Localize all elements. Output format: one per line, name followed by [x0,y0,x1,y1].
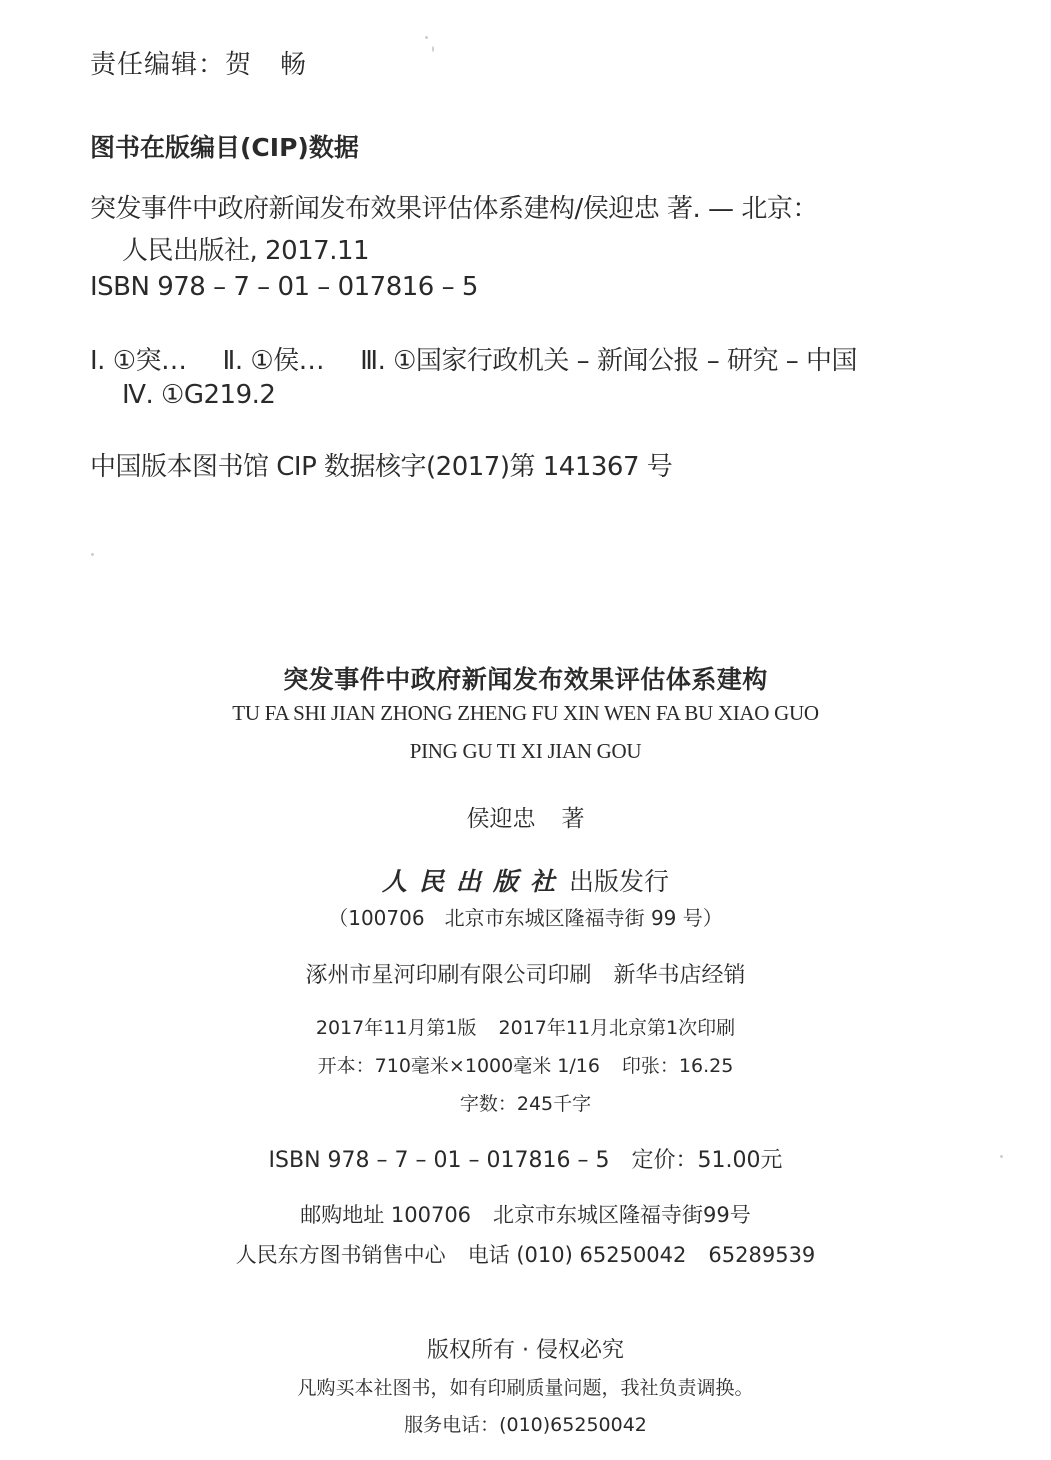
scan-speck [425,36,428,39]
book-title-pinyin-2: PING GU TI XI JIAN GOU [0,739,1051,764]
rights-notice: 版权所有 · 侵权必究 [0,1333,1051,1364]
isbn: ISBN 978 – 7 – 01 – 017816 – 5 [269,1148,610,1173]
printer-line: 涿州市星河印刷有限公司印刷新华书店经销 [0,958,1051,989]
cip-publisher-line: 人民出版社, 2017.11 [122,230,369,267]
mail-order: 邮购地址 100706 [300,1203,471,1227]
isbn-price-line: ISBN 978 – 7 – 01 – 017816 – 5定价：51.00元 [0,1143,1051,1174]
mail-address: 北京市东城区隆福寺街99号 [493,1203,751,1227]
scan-speck [1000,1155,1003,1158]
publisher-action: 出版发行 [569,867,669,896]
cip-class-iv: Ⅳ. ①G219.2 [122,380,275,410]
printer: 涿州市星河印刷有限公司印刷 [305,963,591,988]
cip-title-line: 突发事件中政府新闻发布效果评估体系建构/侯迎忠 著. — 北京： [90,188,818,225]
cip-class-iii: Ⅲ. ①国家行政机关 – 新闻公报 – 研究 – 中国 [360,346,857,376]
exchange-notice: 凡购买本社图书，如有印刷质量问题，我社负责调换。 [0,1373,1051,1400]
mail-order-line: 邮购地址 100706北京市东城区隆福寺街99号 [0,1199,1051,1229]
book-title: 突发事件中政府新闻发布效果评估体系建构 [0,660,1051,696]
sheets: 印张：16.25 [622,1055,733,1077]
format-line: 开本：710毫米×1000毫米 1/16印张：16.25 [0,1051,1051,1078]
cip-classification: Ⅰ. ①突…Ⅱ. ①侯…Ⅲ. ①国家行政机关 – 新闻公报 – 研究 – 中国 [90,340,857,377]
sales-center: 人民东方图书销售中心 [236,1243,446,1267]
responsible-editor: 责任编辑：贺畅 [90,44,307,81]
editor-name-last: 畅 [280,50,307,80]
format: 开本：710毫米×1000毫米 1/16 [318,1055,600,1077]
sales-phone-2: 65289539 [708,1243,815,1267]
cip-isbn-line: ISBN 978 – 7 – 01 – 017816 – 5 [90,272,478,302]
editor-label: 责任编辑：贺 [90,50,252,80]
sales-phone: 电话 (010) 65250042 [468,1243,687,1267]
cip-check-number: 中国版本图书馆 CIP 数据核字(2017)第 141367 号 [90,446,672,483]
cip-class-i: Ⅰ. ①突… [90,340,187,377]
publisher-address: （100706 北京市东城区隆福寺街 99 号） [0,902,1051,931]
edition: 2017年11月第1版 [316,1017,477,1039]
book-title-pinyin-1: TU FA SHI JIAN ZHONG ZHENG FU XIN WEN FA… [0,701,1051,726]
author-name: 侯迎忠 [467,806,536,832]
word-count: 字数：245千字 [0,1089,1051,1116]
service-phone: 服务电话：(010)65250042 [0,1410,1051,1437]
printing: 2017年11月北京第1次印刷 [499,1017,736,1039]
sales-line: 人民东方图书销售中心电话 (010) 6525004265289539 [0,1239,1051,1269]
publisher-logo: 人民出版社 [382,867,567,896]
cip-class-ii: Ⅱ. ①侯… [223,340,325,377]
author-role: 著 [562,806,585,832]
scan-speck [91,553,94,556]
scan-speck [432,46,434,52]
cip-heading: 图书在版编目(CIP)数据 [90,128,359,164]
distributor: 新华书店经销 [614,963,746,988]
price: 定价：51.00元 [631,1148,782,1173]
author-line: 侯迎忠著 [0,800,1051,833]
publisher-line: 人民出版社出版发行 [0,862,1051,898]
edition-line: 2017年11月第1版2017年11月北京第1次印刷 [0,1013,1051,1040]
